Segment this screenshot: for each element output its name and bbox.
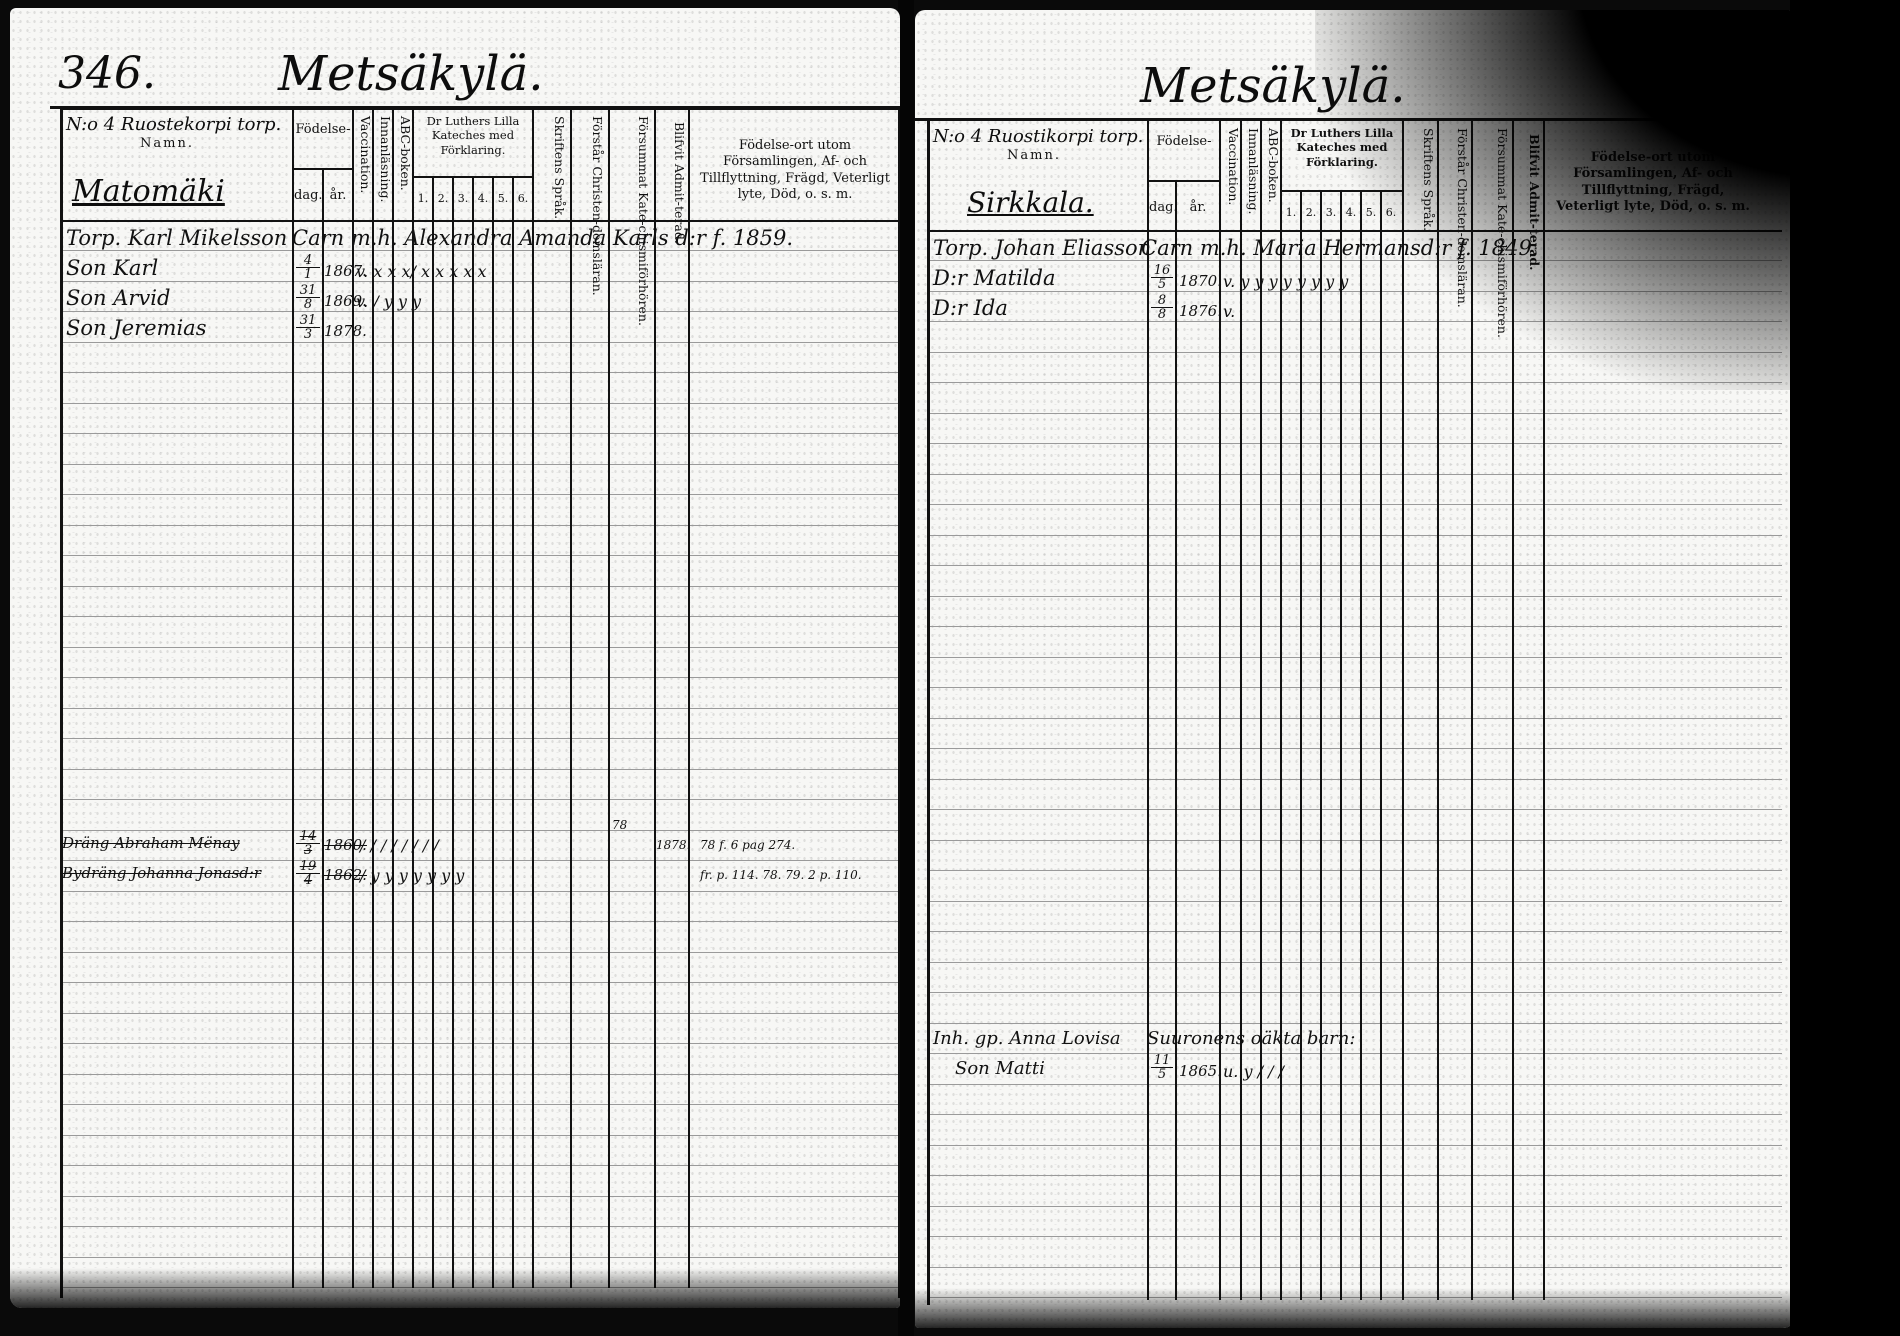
birth-day-month: 313 [296, 314, 320, 341]
knowledge-marks: v. y y y y y y y y [1223, 272, 1348, 291]
col-katekes-2: 2. [1302, 206, 1320, 219]
col-innanlasning: Innanläsning. [1242, 128, 1260, 214]
col-katekes-2: 2. [434, 192, 452, 205]
farm-name: Matomäki [72, 174, 225, 209]
birth-day-month: 41 [296, 254, 320, 281]
entry-name: Son Karl [66, 256, 158, 280]
farm-name: Sirkkala. [967, 186, 1094, 219]
col-ar: år. [324, 188, 352, 203]
col-innanlasning: Innanläsning. [374, 116, 392, 202]
register-grid-right: (function(){ var g = document.currentScr… [927, 120, 1782, 1315]
knowledge-marks: / y y y y y y y [360, 866, 464, 885]
col-katekes-4: 4. [1342, 206, 1360, 219]
entry-name: Son Jeremias [66, 316, 206, 340]
book-spine [898, 0, 914, 1336]
col-ar: år. [1177, 200, 1219, 215]
col-katekes-1: 1. [414, 192, 432, 205]
col-katekes-5: 5. [1362, 206, 1380, 219]
household-header: N:o 4 Ruostekorpi torp. [66, 114, 281, 135]
forsummat-value: 78 [612, 818, 627, 832]
col-fodelse: Födelse- [1147, 134, 1221, 150]
col-forsummat: Försummat Kate-chismiförhören. [1475, 128, 1509, 338]
entry-note: fr. p. 114. 78. 79. 2 p. 110. [700, 868, 862, 882]
col-skriftens-sprak: Skriftens Språk. [1407, 128, 1435, 231]
col-fodelse: Födelse- [292, 122, 354, 138]
birth-year: 1865. [1179, 1062, 1222, 1080]
namn-label: Namn. [1007, 148, 1061, 164]
entry-continuation: Carn m.h. Maria Hermansd:r f. 1849. [1141, 236, 1539, 260]
entry-name: Torp. Johan Eliasson [933, 236, 1151, 260]
col-vaccination: Vaccination. [354, 116, 372, 193]
col-vaccination: Vaccination. [1222, 128, 1240, 205]
entry-continuation: Carn m.h. Alexandra Amanda Karls d:r f. … [292, 226, 793, 250]
birth-day-month: 143 [296, 830, 320, 857]
col-dag: dag. [294, 188, 322, 203]
knowledge-marks: v. / y y y [356, 292, 421, 311]
birth-day-month: 318 [296, 284, 320, 311]
entry-name: Inh. gp. Anna Lovisa [933, 1028, 1121, 1049]
col-katekes-5: 5. [494, 192, 512, 205]
scan-border [1790, 0, 1900, 1336]
entry-note: 78 f. 6 pag 274. [700, 838, 795, 852]
entry-name: D:r Ida [933, 296, 1008, 320]
col-katekes-3: 3. [454, 192, 472, 205]
admitted-year: 1878. [656, 838, 690, 852]
birth-day-month: 115 [1151, 1054, 1173, 1081]
col-katekes-4: 4. [474, 192, 492, 205]
entry-name: Torp. Karl Mikelsson [66, 226, 287, 250]
knowledge-marks: v. [1223, 302, 1235, 321]
namn-label: Namn. [140, 136, 194, 152]
col-abc-boken: ABC-boken. [1262, 128, 1280, 203]
birth-day-month: 165 [1151, 264, 1173, 291]
birth-year: 1876. [1179, 302, 1222, 320]
col-forstar-christendomslaran: Förstår Christen-domsläran. [574, 116, 604, 296]
entry-name: D:r Matilda [933, 266, 1055, 290]
col-katekes-6: 6. [514, 192, 532, 205]
col-skriftens-sprak: Skriftens Språk. [538, 116, 566, 219]
birth-day-month: 194 [296, 860, 320, 887]
birth-year: 1878. [324, 322, 367, 340]
col-notes: Födelse-ort utom Församlingen, Af- och T… [1553, 150, 1753, 215]
col-katekes-1: 1. [1282, 206, 1300, 219]
col-forsummat: Försummat Kate-chismiförhören. [614, 116, 650, 326]
entry-name: Son Matti [955, 1058, 1045, 1079]
col-abc-boken: ABC-boken. [394, 116, 412, 191]
knowledge-marks: v. x x x/ x x x x x [356, 262, 487, 281]
register-grid-left: (function(){ var g = document.currentScr… [60, 108, 900, 1308]
col-katekes: Dr Luthers Lilla Kateches med Förklaring… [1282, 126, 1402, 169]
struck-entry-name: Bydräng Johanna Jonasd:r [62, 864, 261, 882]
right-page: Metsäkylä. (function(){ var g = document… [915, 10, 1795, 1328]
col-notes: Födelse-ort utom Församlingen, Af- och T… [700, 138, 890, 203]
village-title: Metsäkylä. [278, 46, 544, 102]
entry-name: Son Arvid [66, 286, 170, 310]
knowledge-marks: / / / / / / / / [360, 836, 439, 855]
col-dag: dag. [1149, 200, 1175, 215]
knowledge-marks: u. y / / / [1223, 1062, 1284, 1081]
col-forstar-christendomslaran: Förstår Christen-domsläran. [1441, 128, 1469, 308]
col-katekes-3: 3. [1322, 206, 1340, 219]
household-header: N:o 4 Ruostikorpi torp. [933, 126, 1143, 147]
struck-entry-name: Dräng Abraham Mënay [62, 834, 240, 852]
col-katekes: Dr Luthers Lilla Kateches med Förklaring… [414, 114, 532, 157]
village-title: Metsäkylä. [1140, 58, 1406, 114]
birth-year: 1870. [1179, 272, 1222, 290]
left-page: 346. Metsäkylä. (function(){ var g = doc… [10, 8, 900, 1308]
birth-day-month: 88 [1151, 294, 1173, 321]
page-number: 346. [58, 48, 156, 99]
entry-continuation: Suuronens oäkta barn: [1147, 1028, 1355, 1049]
col-katekes-6: 6. [1382, 206, 1400, 219]
